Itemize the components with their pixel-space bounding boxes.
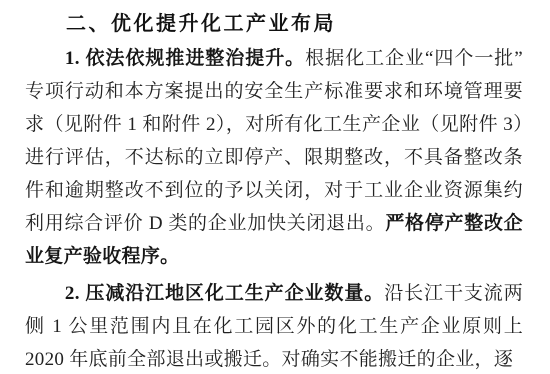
paragraph-2-lead: 2. 压减沿江地区化工生产企业数量。 xyxy=(65,283,384,304)
paragraph-1: 1. 依法依规推进整治提升。根据化工企业“四个一批”专项行动和本方案提出的安全生… xyxy=(25,42,523,273)
section-heading: 二、优化提升化工产业布局 xyxy=(25,6,523,42)
document-page: 二、优化提升化工产业布局 1. 依法依规推进整治提升。根据化工企业“四个一批”专… xyxy=(0,0,550,374)
paragraph-1-lead: 1. 依法依规推进整治提升。 xyxy=(65,48,305,69)
paragraph-1-body: 根据化工企业“四个一批”专项行动和本方案提出的安全生产标准要求和环境管理要求（见… xyxy=(25,48,523,234)
paragraph-2: 2. 压减沿江地区化工生产企业数量。沿长江干支流两侧 1 公里范围内且在化工园区… xyxy=(25,277,523,374)
